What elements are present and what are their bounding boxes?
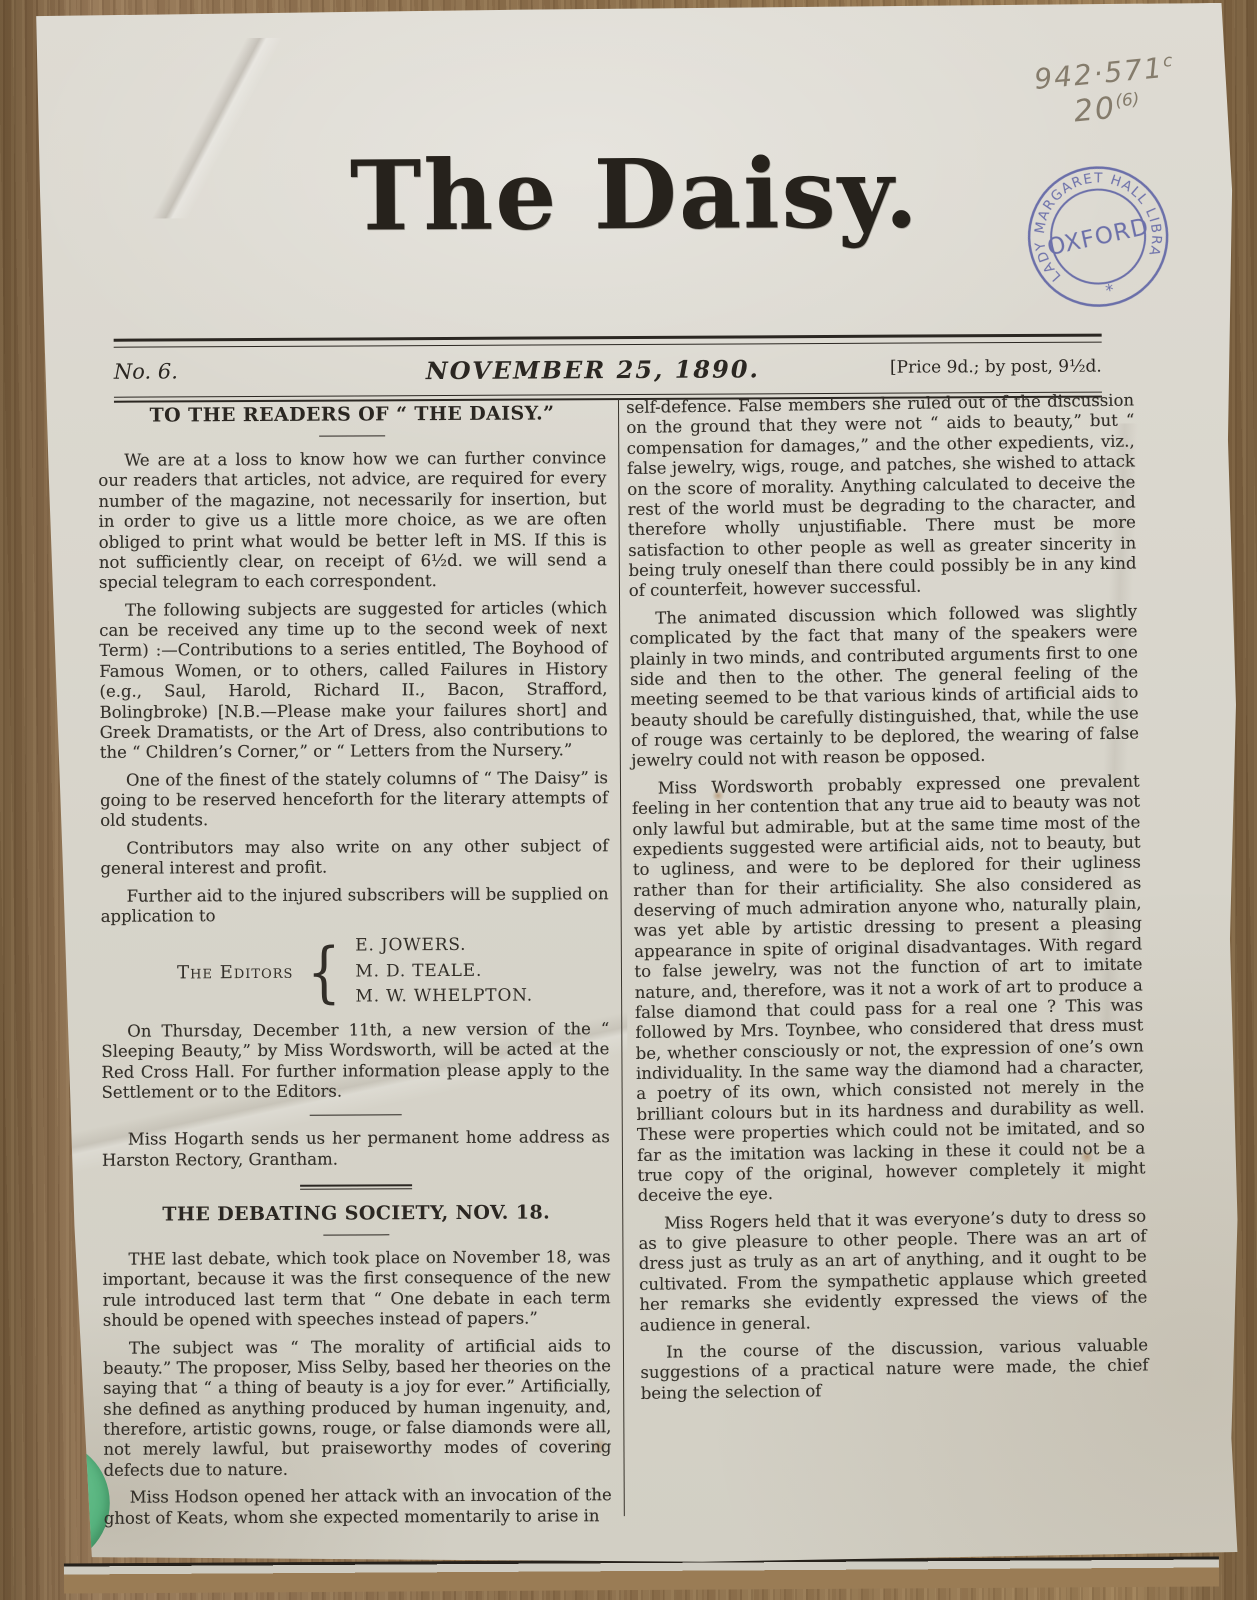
editors-names: E. JOWERS. M. D. TEALE. M. W. WHELPTON.	[355, 933, 533, 1010]
newspaper-page: 942·571c 20(6) LADY MARGARET HALL LIBRAR…	[32, 3, 1244, 1569]
article-heading-readers: TO THE READERS OF “ THE DAISY.”	[98, 402, 606, 427]
article-heading-debating: THE DEBATING SOCIETY, NOV. 18.	[102, 1201, 610, 1226]
green-dot-sticker	[32, 1439, 110, 1568]
paragraph: One of the finest of the stately columns…	[100, 768, 608, 832]
photo-of-newspaper: { "annotations": { "shelfmark_class": "9…	[0, 0, 1257, 1600]
paragraph: Miss Rogers held that it was everyone’s …	[638, 1206, 1148, 1336]
editor-name: M. D. TEALE.	[355, 958, 533, 984]
paragraph: In the course of the discussion, various…	[640, 1335, 1149, 1404]
paragraph: The subject was “ The morality of artifi…	[103, 1336, 612, 1481]
issue-number: No. 6.	[114, 359, 334, 384]
paragraph: The following subjects are suggested for…	[99, 598, 608, 764]
paragraph: The animated discussion which followed w…	[629, 601, 1139, 772]
editor-name: E. JOWERS.	[355, 933, 533, 959]
heading-rule	[319, 435, 385, 436]
left-column: TO THE READERS OF “ THE DAISY.” We are a…	[98, 398, 612, 1536]
paragraph: Miss Wordsworth probably expressed one p…	[632, 771, 1146, 1206]
paragraph: THE last debate, which took place on Nov…	[102, 1247, 610, 1331]
paragraph: self-defence. False members she ruled ou…	[626, 391, 1137, 602]
editors-block: The Editors { E. JOWERS. M. D. TEALE. M.…	[101, 932, 609, 1011]
stamp-star: *	[1104, 280, 1116, 300]
editors-label: The Editors	[177, 962, 293, 984]
shelfmark-line2: 20(6)	[1072, 88, 1141, 129]
section-rule-double	[300, 1184, 412, 1190]
section-rule	[310, 1114, 402, 1115]
editor-name: M. W. WHELPTON.	[355, 984, 533, 1010]
paragraph: We are at a loss to know how we can furt…	[98, 448, 607, 593]
column-divider	[618, 398, 625, 1516]
page-stack-edge	[64, 1556, 1219, 1593]
paragraph: Miss Hogarth sends us her permanent home…	[102, 1127, 610, 1170]
handwritten-shelfmark: 942·571c 20(6)	[988, 45, 1224, 138]
editors-brace: {	[307, 942, 341, 1002]
masthead-title: The Daisy.	[33, 135, 1238, 254]
shelfmark-line1: 942·571c	[1033, 50, 1175, 96]
issue-date: NOVEMBER 25, 1890.	[334, 353, 852, 385]
heading-rule	[323, 1234, 389, 1235]
paragraph: Miss Hodson opened her attack with an in…	[104, 1485, 612, 1528]
paragraph: Further aid to the injured subscribers w…	[101, 884, 609, 927]
dateline: No. 6. NOVEMBER 25, 1890. [Price 9d.; by…	[114, 345, 1102, 394]
price-label: [Price 9d.; by post, 9½d.	[852, 357, 1102, 378]
paragraph: Contributors may also write on any other…	[100, 836, 608, 879]
paragraph: On Thursday, December 11th, a new versio…	[101, 1019, 609, 1103]
right-column: self-defence. False members she ruled ou…	[626, 391, 1149, 1411]
